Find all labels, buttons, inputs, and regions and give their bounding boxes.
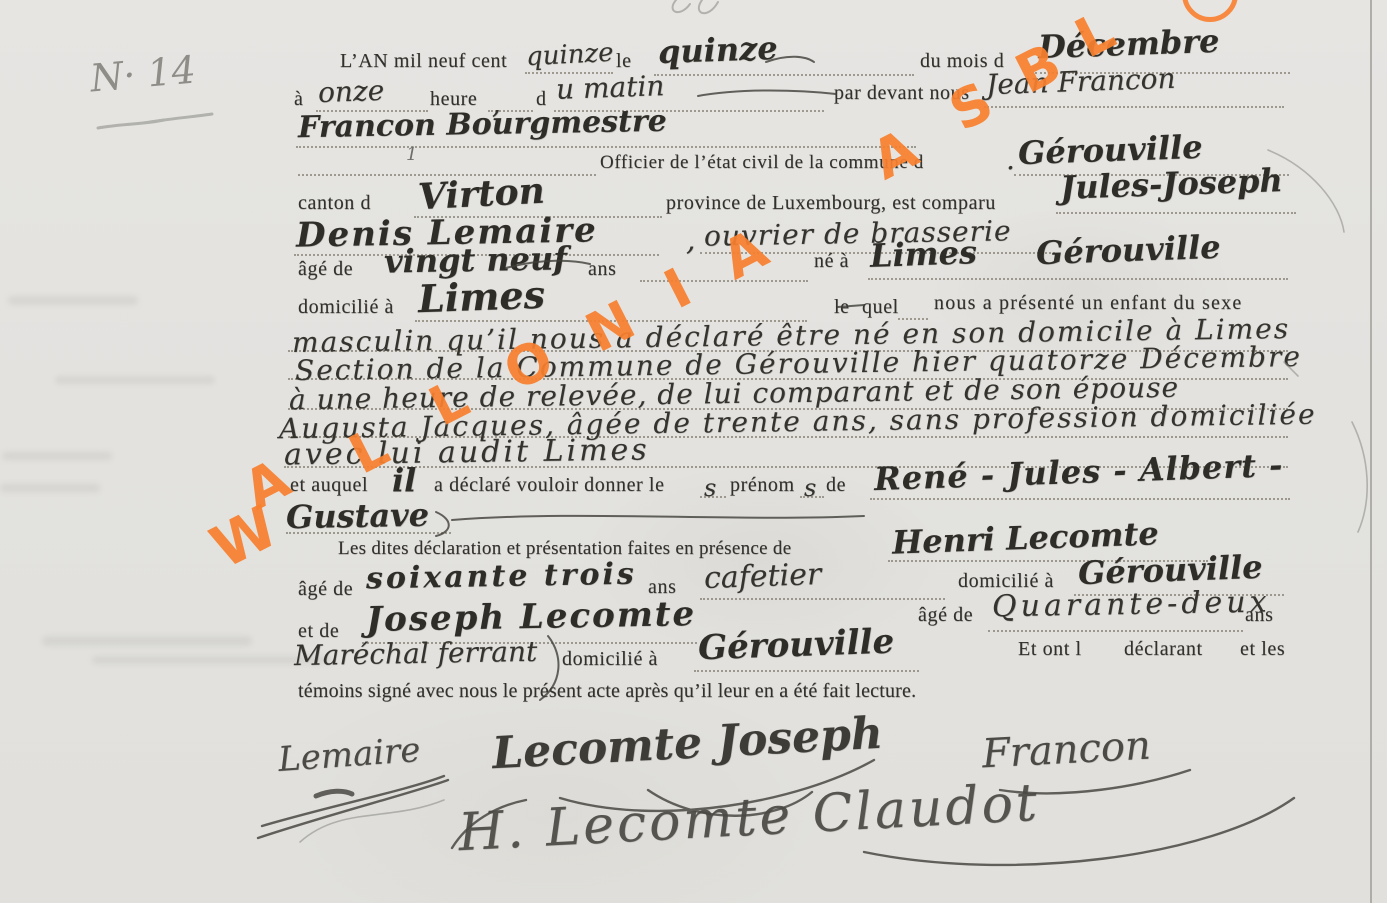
form-label-presente: nous a présenté un enfant du sexe [934, 292, 1242, 315]
entry-month: Décembre [1037, 25, 1219, 63]
form-label-ne-a: né à [814, 250, 849, 273]
entry-period-of-day: u matin [556, 72, 665, 104]
entry-dot-mark: . [1006, 146, 1015, 174]
entry-child-firstnames: René - Jules - Albert - [874, 449, 1284, 495]
scanned-birth-record-page: N· 14 1 L’AN mil neuf cent quinze le qui… [0, 0, 1387, 903]
form-label-declarant: déclarant [1124, 638, 1203, 661]
entry-witness1-residence: Gérouville [1077, 551, 1263, 589]
dotted-rule [296, 146, 916, 148]
entry-birthplace-commune: Gérouville [1035, 231, 1221, 269]
signature-lecomte-joseph: Lecomte Joseph [491, 712, 884, 776]
entry-year: quinze [525, 40, 614, 71]
form-label-province: province de Luxembourg, est comparu [666, 192, 996, 215]
entry-witness1-age: soixante trois [366, 560, 637, 595]
form-label-domicilie-3: domicilié à [562, 648, 658, 671]
form-label-age-2: âgé de [298, 578, 353, 601]
entry-commune: Gérouville [1017, 131, 1203, 169]
margin-smudge [55, 376, 215, 384]
dotted-rule [654, 74, 914, 76]
entry-day: quinze [657, 32, 778, 68]
entry-birthplace-village: Limes [869, 236, 977, 272]
margin-smudge [0, 484, 100, 492]
body-line: avec lui audit Limes [284, 435, 650, 470]
form-label-a: à [294, 88, 303, 111]
entry-witness2-residence: Gérouville [697, 625, 894, 666]
entry-canton: Virton [417, 173, 545, 216]
form-closing-sentence: témoins signé avec nous le présent acte … [298, 680, 916, 703]
watermark-letter: A [864, 121, 926, 188]
act-number-pencil-note: N· 14 [88, 47, 197, 100]
form-label-les-dites: Les dites déclaration et présentation fa… [338, 538, 791, 560]
entry-witness2-age: Quarante-deux [992, 588, 1271, 623]
dotted-rule [988, 630, 1243, 632]
margin-smudge [8, 296, 138, 305]
margin-smudge [42, 636, 252, 646]
form-label-et-ont: Et ont l [1018, 638, 1082, 661]
form-label-prenom: prénom [730, 474, 795, 497]
dotted-rule [870, 498, 1290, 500]
form-label-le-2: le [834, 296, 850, 319]
watermark-letter: I [657, 260, 699, 317]
form-label-declare: a déclaré vouloir donner le [434, 474, 665, 497]
form-label-age-3: âgé de [918, 604, 973, 627]
stray-pencil-mark: 1 [406, 144, 417, 165]
dotted-rule [984, 106, 1284, 108]
entry-comma-2: , [686, 226, 696, 256]
form-label-domicilie-1: domicilié à [298, 296, 394, 319]
signature-h-lecomte-claudot: H. Lecomte Claudot [457, 777, 1041, 859]
entry-witness2-profession: Maréchal ferrant [294, 638, 538, 670]
watermark-partial-ring [1182, 0, 1238, 22]
entry-child-firstnames-cont: Gustave [286, 499, 430, 533]
dotted-rule [868, 278, 1288, 280]
signature-francon: Francon [981, 726, 1152, 775]
form-label-et-les: et les [1240, 638, 1285, 661]
entry-officer-name: Jean Francon [986, 65, 1176, 100]
signature-lemaire: Lemaire [277, 733, 421, 777]
form-label-ans-1: ans [588, 258, 616, 281]
entry-declarant-firstnames: Jules-Joseph [1060, 164, 1284, 204]
form-label-de: de [826, 474, 846, 497]
form-label-age-1: âgé de [298, 258, 353, 281]
form-label-canton: canton d [298, 192, 371, 215]
entry-officer-title: Francon Bourgmestre [298, 107, 667, 143]
entry-witness1-profession: cafetier [704, 560, 822, 594]
form-label-ans-3: ans [1245, 604, 1273, 627]
form-label-year-prefix: L’AN mil neuf cent [340, 50, 507, 73]
entry-witness2-name: Joseph Lecomte [366, 597, 697, 637]
form-label-quel: quel [862, 296, 899, 319]
margin-smudge [2, 452, 112, 460]
entry-plural-s1: s [704, 476, 716, 500]
entry-hour: onze [318, 77, 385, 107]
dotted-rule [1056, 212, 1296, 214]
form-label-et-auquel: et auquel [290, 474, 368, 497]
dotted-rule [700, 598, 945, 600]
dotted-rule [694, 670, 919, 672]
entry-plural-s2: s [804, 476, 816, 500]
entry-residence: Limes [417, 276, 545, 318]
